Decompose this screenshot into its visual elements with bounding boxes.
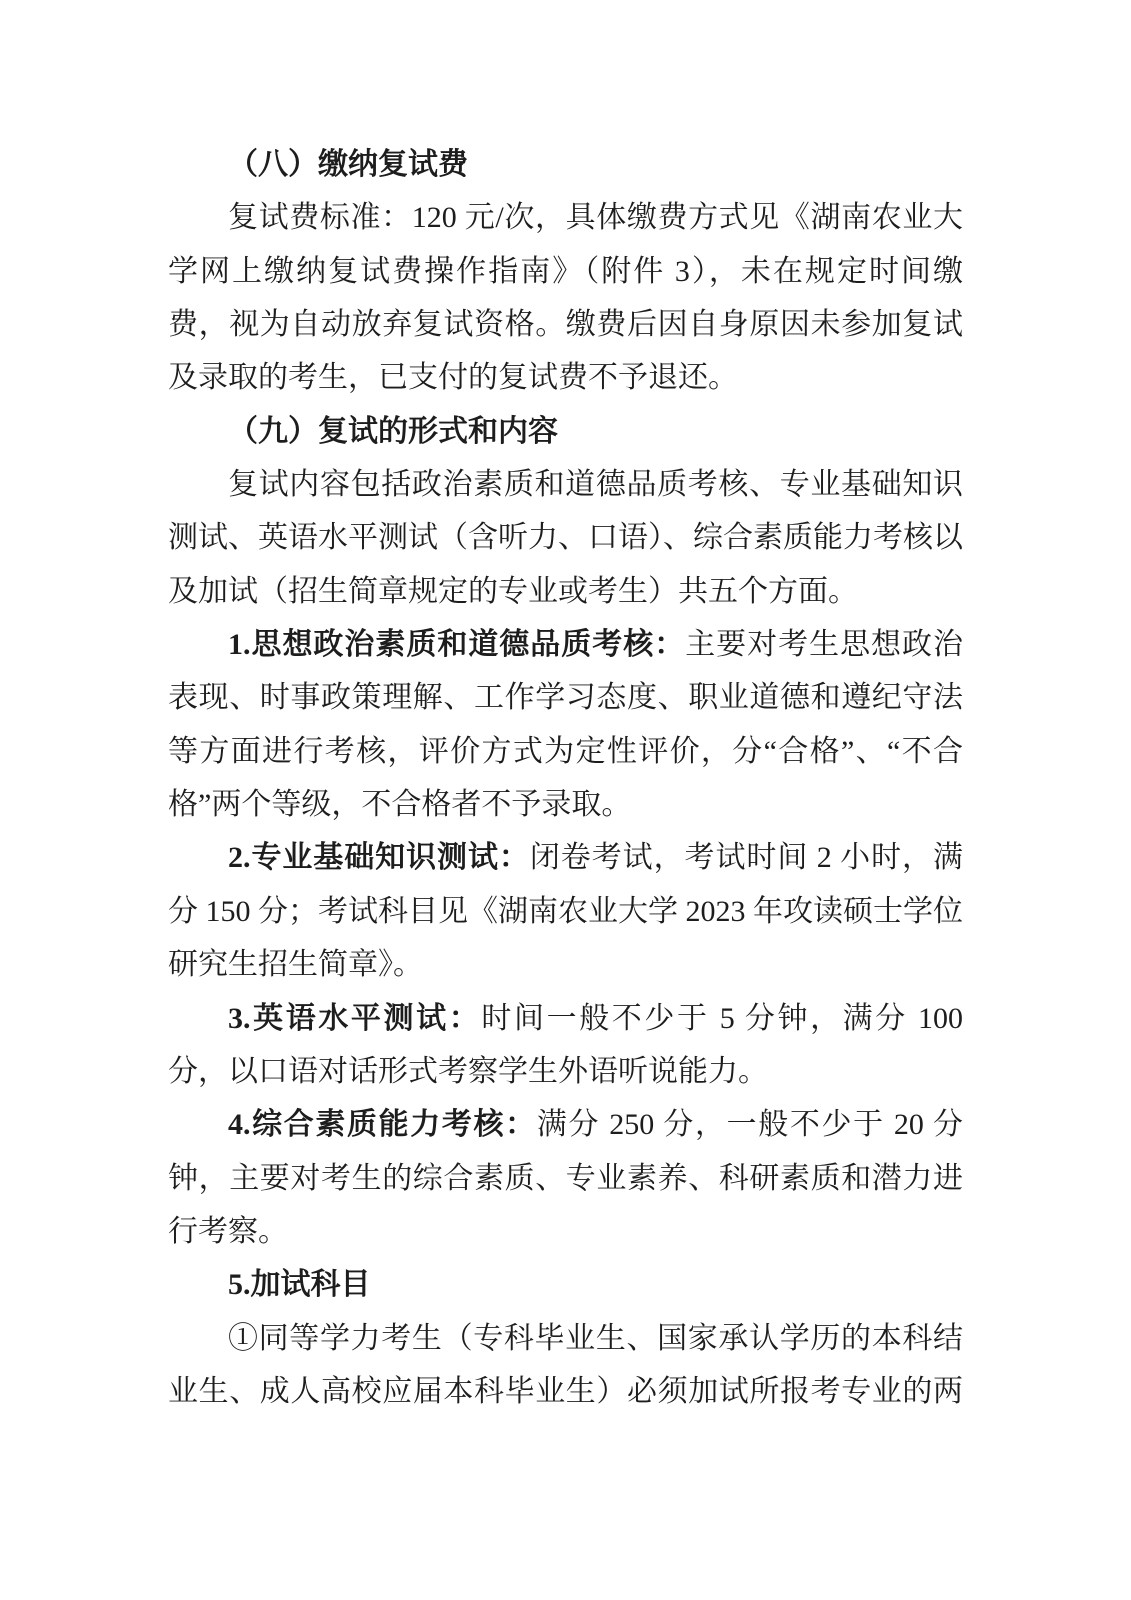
paragraph-retest-content-overview: 复试内容包括政治素质和道德品质考核、专业基础知识测试、英语水平测试（含听力、口语… (168, 458, 963, 618)
paragraph-retest-fee-standard: 复试费标准：120 元/次，具体缴费方式见《湖南农业大学网上缴纳复试费操作指南》… (168, 191, 963, 404)
item-2-lead: 2.专业基础知识测试： (228, 841, 530, 874)
item-3-english-proficiency-test: 3.英语水平测试：时间一般不少于 5 分钟，满分 100 分，以口语对话形式考察… (168, 992, 963, 1099)
item-4-comprehensive-quality-assessment: 4.综合素质能力考核：满分 250 分，一般不少于 20 分钟，主要对考生的综合… (168, 1098, 963, 1258)
document-page: （八）缴纳复试费 复试费标准：120 元/次，具体缴费方式见《湖南农业大学网上缴… (0, 0, 1131, 1600)
item-3-lead: 3.英语水平测试： (228, 1002, 481, 1035)
item-4-lead: 4.综合素质能力考核： (228, 1108, 537, 1141)
section-heading-9-retest-form-content: （九）复试的形式和内容 (168, 405, 963, 458)
section-heading-5-additional-test-subjects: 5.加试科目 (168, 1258, 963, 1311)
item-1-political-moral-assessment: 1.思想政治素质和道德品质考核：主要对考生思想政治表现、时事政策理解、工作学习态… (168, 618, 963, 831)
document-body: （八）缴纳复试费 复试费标准：120 元/次，具体缴费方式见《湖南农业大学网上缴… (168, 138, 963, 1418)
item-2-professional-knowledge-test: 2.专业基础知识测试：闭卷考试，考试时间 2 小时，满分 150 分；考试科目见… (168, 831, 963, 991)
item-1-lead: 1.思想政治素质和道德品质考核： (228, 628, 685, 661)
section-heading-8-pay-retest-fee: （八）缴纳复试费 (168, 138, 963, 191)
paragraph-equivalent-qualification-candidates: ①同等学力考生（专科毕业生、国家承认学历的本科结业生、成人高校应届本科毕业生）必… (168, 1312, 963, 1419)
